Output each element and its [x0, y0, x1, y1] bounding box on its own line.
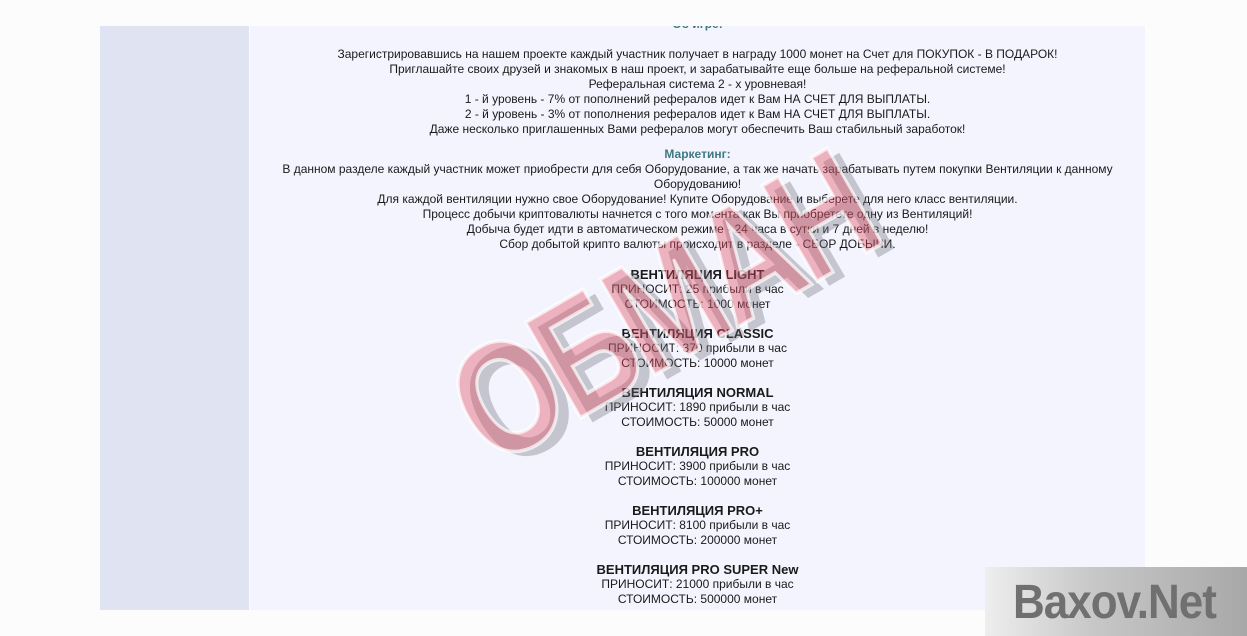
plan-income: ПРИНОСИТ: 8100 прибыли в час	[250, 518, 1145, 533]
marketing-line: Сбор добытой крипто валюты происходит в …	[262, 237, 1133, 252]
plan-cost: СТОИМОСТЬ: 100000 монет	[250, 474, 1145, 489]
plan-cost: СТОИМОСТЬ: 50000 монет	[250, 415, 1145, 430]
plan-title: ВЕНТИЛЯЦИЯ PRO	[250, 444, 1145, 459]
plan-normal: ВЕНТИЛЯЦИЯ NORMAL ПРИНОСИТ: 1890 прибыли…	[250, 385, 1145, 430]
about-line: 2 - й уровень - 3% от пополнения реферал…	[250, 107, 1145, 122]
plan-classic: ВЕНТИЛЯЦИЯ CLASSIC ПРИНОСИТ: 370 прибыли…	[250, 326, 1145, 371]
plan-income: ПРИНОСИТ: 25 прибыли в час	[250, 282, 1145, 297]
about-line: Приглашайте своих друзей и знакомых в на…	[250, 62, 1145, 77]
about-line: Зарегистрировавшись на нашем проекте каж…	[250, 47, 1145, 62]
plan-title: ВЕНТИЛЯЦИЯ NORMAL	[250, 385, 1145, 400]
marketing-line: Процесс добычи криптовалюты начнется с т…	[262, 207, 1133, 222]
plan-title: ВЕНТИЛЯЦИЯ PRO+	[250, 503, 1145, 518]
marketing-text: В данном разделе каждый участник может п…	[250, 162, 1145, 252]
marketing-line: В данном разделе каждый участник может п…	[262, 162, 1133, 192]
left-sidebar	[100, 26, 249, 610]
plans-list: ВЕНТИЛЯЦИЯ LIGHT ПРИНОСИТ: 25 прибыли в …	[250, 267, 1145, 607]
plan-income: ПРИНОСИТ: 1890 прибыли в час	[250, 400, 1145, 415]
plan-pro-plus: ВЕНТИЛЯЦИЯ PRO+ ПРИНОСИТ: 8100 прибыли в…	[250, 503, 1145, 548]
plan-cost: СТОИМОСТЬ: 10000 монет	[250, 356, 1145, 371]
about-text: Зарегистрировавшись на нашем проекте каж…	[250, 47, 1145, 137]
about-line: 1 - й уровень - 7% от пополнений реферал…	[250, 92, 1145, 107]
plan-title: ВЕНТИЛЯЦИЯ LIGHT	[250, 267, 1145, 282]
plan-income: ПРИНОСИТ: 370 прибыли в час	[250, 341, 1145, 356]
marketing-heading: Маркетинг:	[250, 147, 1145, 162]
plan-cost: СТОИМОСТЬ: 200000 монет	[250, 533, 1145, 548]
logo-text: Baxov.Net	[1013, 575, 1216, 630]
plan-light: ВЕНТИЛЯЦИЯ LIGHT ПРИНОСИТ: 25 прибыли в …	[250, 267, 1145, 312]
site-logo-watermark: Baxov.Net	[985, 567, 1247, 636]
marketing-line: Добыча будет идти в автоматическом режим…	[262, 222, 1133, 237]
content-panel: Об игре: Зарегистрировавшись на нашем пр…	[250, 26, 1145, 610]
about-line: Реферальная система 2 - х уровневая!	[250, 77, 1145, 92]
plan-income: ПРИНОСИТ: 3900 прибыли в час	[250, 459, 1145, 474]
about-line: Даже несколько приглашенных Вами реферал…	[250, 122, 1145, 137]
plan-title: ВЕНТИЛЯЦИЯ CLASSIC	[250, 326, 1145, 341]
plan-cost: СТОИМОСТЬ: 1000 монет	[250, 297, 1145, 312]
plan-pro: ВЕНТИЛЯЦИЯ PRO ПРИНОСИТ: 3900 прибыли в …	[250, 444, 1145, 489]
marketing-line: Для каждой вентиляции нужно свое Оборудо…	[262, 192, 1133, 207]
